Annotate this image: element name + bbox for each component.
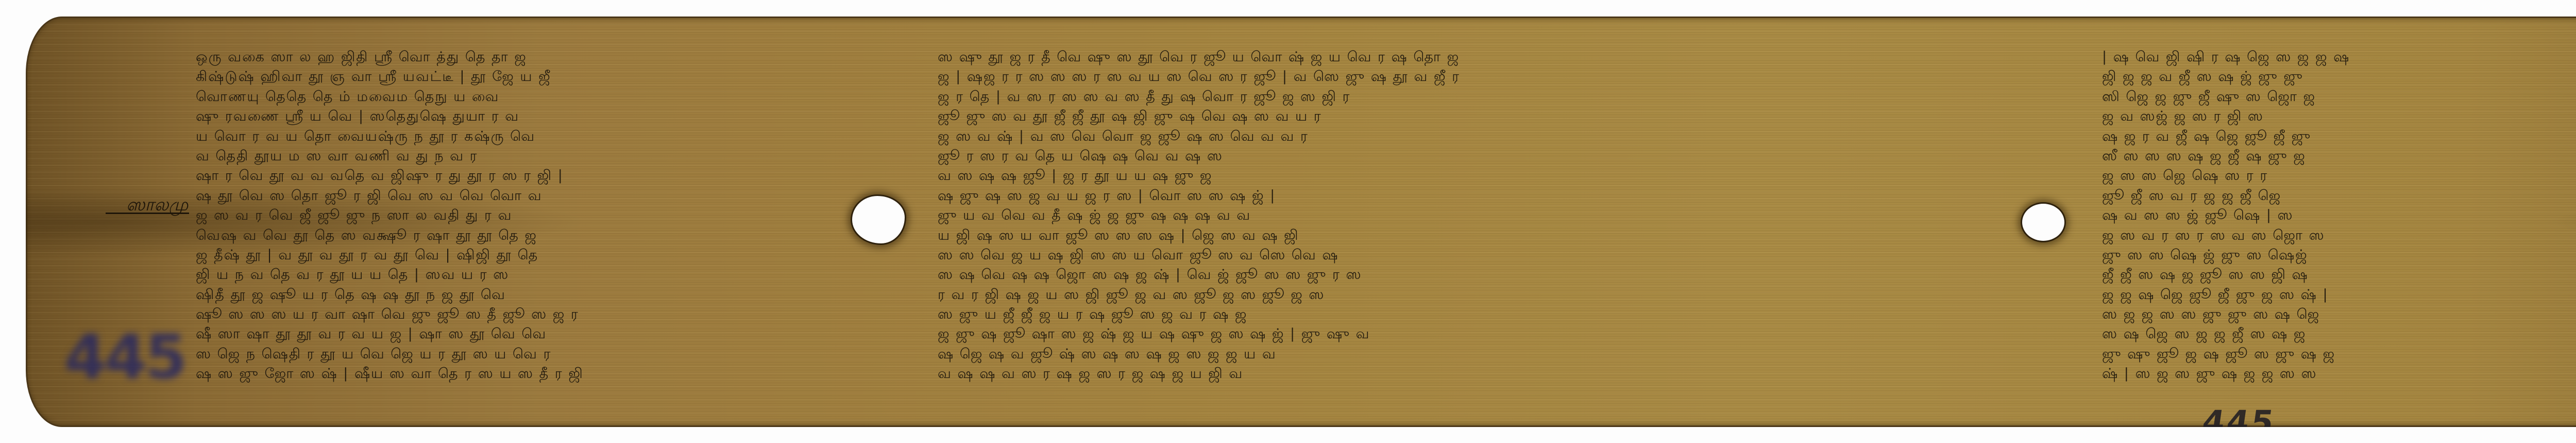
manuscript-line: ஜி ய ந வ தெ வ ர தூ ய ய தெ | ஸவ ய ர ஸ — [196, 265, 835, 285]
manuscript-line: ஜ ஸ வ ர வெ ஜீ ஜூ ஜு ந ஸா ல வதி து ர வ — [196, 206, 835, 225]
manuscript-line: ஜ | ஷஜ ர ர ஸ ஸ ஸ ர ஸ வ ய ஸ வெ ஸ ர ஜூ | வ… — [938, 67, 2102, 87]
manuscript-line: ஷ தூ வெ ஸ தொ ஜூ ர ஜி வெ ஸ வ வெ வொ வ — [196, 186, 835, 206]
text-block-left: ஒரு வகை ஸா ல ஹ ஜிதி ஸ்ரீ வொ த்து தெ தா ஜ… — [196, 47, 835, 384]
manuscript-line: கிஷ்டுஷ் ஹிவா தூ ஞ வா ஸ்ரீ யவட்டீ | தூ ஜ… — [196, 67, 835, 87]
manuscript-line: | ஷ வெ ஜி ஷி ர ஷ ஜெ ஸ ஜ ஜ ஷ — [2102, 47, 2576, 67]
leaf-number-stamp: 445 — [64, 326, 204, 388]
manuscript-line: ஜ வ ஸஜ் ஜ ஸ ர ஜி ஸ — [2102, 107, 2576, 126]
manuscript-line: ஷ ஜெ ஷ வ ஜூ ஷ் ஸ ஷ ஸ ஷ ஜ ஸ ஜ ஜ ய வ — [938, 344, 2102, 364]
manuscript-line: ஜூ ஜு ஸ வ தூ ஜீ ஜீ தூ ஷ ஜி ஜு ஷ வெ ஷ ஸ வ… — [938, 107, 2102, 126]
palm-leaf: ஸாலமு 445 ஒரு வகை ஸா ல ஹ ஜிதி ஸ்ரீ வொ த்… — [26, 17, 2576, 427]
manuscript-line: ஜி ஜ ஜ வ ஜீ ஸ ஷ ஜ் ஜு ஜு — [2102, 67, 2576, 87]
binding-hole-left — [852, 196, 905, 243]
manuscript-line: ஷீ ஸா ஷா தூ தூ வ ர வ ய ஜ | ஷா ஸ தூ வெ வெ — [196, 324, 835, 344]
manuscript-line: ஷ வ ஸ ஸ ஜ் ஜூ ஷெ | ஸ — [2102, 206, 2576, 225]
manuscript-line: ஜ ஸ வ ர ஸ ர ஸ வ ஸ ஜொ ஸ — [2102, 226, 2576, 245]
manuscript-line: ய ஜி ஷ ஸ ய வா ஜூ ஸ ஸ ஸ ஷ | ஜெ ஸ வ ஷ ஜி — [938, 226, 2102, 245]
manuscript-line: ஜ தீஷ் தூ | வ தூ வ தூ ர வ தூ வெ | ஷிஜி த… — [196, 245, 835, 265]
manuscript-line: ஜூ ர ஸ ர வ தெ ய ஷெ ஷ வெ வ ஷ ஸ — [938, 146, 2102, 166]
manuscript-line: வ ஷ ஷ வ ஸ ர ஷ ஜ ஸ ர ஜ ஷ ஜ ய ஜி வ — [938, 364, 2102, 384]
left-margin-label: ஸாலமு — [106, 197, 189, 214]
manuscript-line: ஷு ரவணை ஸ்ரீ ய வெ | ஸதெதுஷெ துயா ர வ — [196, 107, 835, 126]
manuscript-line: ய வொ ர வ ய தொ வையஷ்ரு ந தூ ர கஷ்ரு வெ — [196, 127, 835, 146]
manuscript-line: வ தெதி தூய ம ஸ வா வணி வ து ந வ ர — [196, 146, 835, 166]
manuscript-line: ஜூ ஜீ ஸ வ ர ஜ ஜ ஜீ ஜெ — [2102, 186, 2576, 206]
manuscript-line: வெஷ வ வெ தூ தெ ஸ வக்ஷூ ர ஷா தூ தூ தெ ஜ — [196, 226, 835, 245]
manuscript-line: ர வ ர ஜி ஷ ஜ ய ஸ ஜி ஜூ ஜ வ ஸ ஜூ ஜ ஸ ஜூ ஜ… — [938, 285, 2102, 305]
manuscript-line: ஸ ஷ வெ ஷ ஷ ஜொ ஸ ஷ ஜ ஷ் | வெ ஜ் ஜூ ஸ ஸ ஜு… — [938, 265, 2102, 285]
manuscript-line: ஜ ஜு ஷ ஜூ ஷா ஸ ஜ ஷ் ஜ ய ஷ ஷு ஜ ஸ ஷ ஜ் | … — [938, 324, 2102, 344]
text-block-middle: ஸ ஷு தூ ஜ ர தீ வெ ஷு ஸ தூ வெ ர ஜூ ய வொ ஷ… — [938, 47, 2102, 384]
manuscript-line: ஸ ஸ வெ ஜ ய ஷ ஜி ஸ ஸ ய வொ ஜூ ஸ வ ஸெ வெ ஷ — [938, 245, 2102, 265]
binding-hole-right — [2022, 204, 2064, 241]
leaf-number-handwritten-bottom: 445 — [2200, 403, 2278, 427]
manuscript-line: ஜ ர தெ | வ ஸ ர ஸ ஸ வ ஸ தீ து ஷ வொ ர ஜூ ஜ… — [938, 87, 2102, 107]
manuscript-line: ஜு ஷு ஜூ ஜ ஷ ஜூ ஸ ஜு ஷ ஜ — [2102, 344, 2576, 364]
manuscript-line: ஷூ ஸ ஸ ஸ ய ர வா ஷா வெ ஜு ஜூ ஸ தீ ஜூ ஸ ஜ … — [196, 305, 835, 324]
manuscript-line: ஸி ஜெ ஜ ஜு ஜீ ஷு ஸ ஜொ ஜ — [2102, 87, 2576, 107]
manuscript-line: ஜ ஜ ஷ ஜெ ஜூ ஜீ ஜு ஜ ஸ ஷ் | — [2102, 285, 2576, 305]
manuscript-line: ஸ ஷ ஜெ ஸ ஜ ஜ ஜீ ஸ ஷ ஜ — [2102, 324, 2576, 344]
manuscript-line: ஜு ய வ வெ வ தீ ஷ ஜ் ஜ ஜு ஷ ஷ ஷ வ வ — [938, 206, 2102, 225]
manuscript-line: வொணயு தெதெ தெ ம் மவைம தெநு ய வை — [196, 87, 835, 107]
manuscript-line: ஜீ ஜீ ஸ ஷ ஜ ஜூ ஸ ஸ ஜி ஷ — [2102, 265, 2576, 285]
manuscript-line: ஸ ஜெ ந ஷெதி ர தூ ய வெ ஜெ ய ர தூ ஸ ய வெ ர — [196, 344, 835, 364]
manuscript-line: ஸ ஜு ய ஜீ ஜீ ஜ ய ர ஷ ஜூ ஸ ஜ வ ர ஷ ஜ — [938, 305, 2102, 324]
manuscript-line: ஷ ஜ ர வ ஜீ ஷ ஜெ ஜூ ஜீ ஜு — [2102, 127, 2576, 146]
manuscript-line: ஷ ஸ ஜு ஜோ ஸ ஷ் | ஷீய ஸ வா தெ ர ஸ ய ஸ தீ … — [196, 364, 835, 384]
manuscript-line: ஸ ஜ ஜ ஸ ஸ ஜு ஜு ஸ ஷ ஜெ — [2102, 305, 2576, 324]
manuscript-line: ஷிதீ தூ ஜ ஷூ ய ர தெ ஷ ஷ தூ ந ஜ தூ வெ — [196, 285, 835, 305]
manuscript-line: ஷா ர வெ தூ வ வ வதெ வ ஜிஷு ர து தூ ர ஸ ர … — [196, 166, 835, 186]
manuscript-line: ஒரு வகை ஸா ல ஹ ஜிதி ஸ்ரீ வொ த்து தெ தா ஜ — [196, 47, 835, 67]
text-block-right: | ஷ வெ ஜி ஷி ர ஷ ஜெ ஸ ஜ ஜ ஷ ஜி ஜ ஜ வ ஜீ … — [2102, 47, 2576, 384]
manuscript-line: ஷ் | ஸ ஜ ஸ ஜு ஷ ஜ ஜ ஸ ஸ — [2102, 364, 2576, 384]
manuscript-line: ஜ ஸ வ ஷ் | வ ஸ வெ வொ ஜ ஜூ ஷ ஸ வெ வ வ ர — [938, 127, 2102, 146]
manuscript-line: ஜு ஸ ஸ ஷெ ஜ் ஜு ஸ ஷெஜ் — [2102, 245, 2576, 265]
manuscript-line: ஸ ஷு தூ ஜ ர தீ வெ ஷு ஸ தூ வெ ர ஜூ ய வொ ஷ… — [938, 47, 2102, 67]
manuscript-line: ஷ ஜு ஷ ஸ ஜ வ ய ஜ ர ஸ | வொ ஸ ஸ ஷ ஜ் | — [938, 186, 2102, 206]
manuscript-line: ஸீ ஸ ஸ ஸ ஷ ஜ ஜீ ஷ ஜு ஜ — [2102, 146, 2576, 166]
manuscript-line: ஜ ஸ ஸ ஜெ ஷெ ஸ ர ர — [2102, 166, 2576, 186]
manuscript-line: வ ஸ ஷ ஷ ஜூ | ஜ ர தூ ய ய ஷ ஜு ஜ — [938, 166, 2102, 186]
